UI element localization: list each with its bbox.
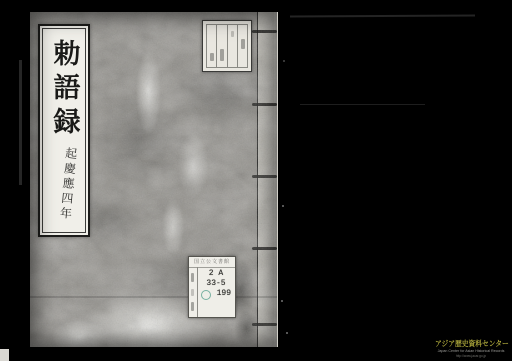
scratch-artifact [19,60,22,185]
faint-mark [191,302,194,311]
faint-mark [231,31,234,37]
call-number-rows: 2 A 33-5 199 [198,269,234,299]
dust-speck [282,205,284,207]
call-number-value: 199 [217,289,231,298]
scratch-artifact [300,104,425,105]
watermark-url-text: http://www.jacar.go.jp [453,354,489,358]
faint-mark [241,39,245,49]
bookplate-column [207,25,217,67]
faint-mark [191,289,194,296]
bookplate-column [228,25,238,67]
faint-mark [210,53,214,61]
faint-mark [191,273,194,282]
watermark-url-wrap: http://www.jacar.go.jp [431,354,511,358]
call-number-row: 2 A [198,269,234,279]
book-cover: 勅語録 起慶應四年 国立公文書館 [30,12,277,347]
title-annotation: 起慶應四年 [57,146,80,222]
dust-speck [286,332,288,334]
watermark: アジア歴史資料センター Japan Center for Asian Histo… [431,338,511,358]
bookplate-column [217,25,227,67]
bookplate-label [202,20,252,72]
book-title: 勅語録 [45,39,84,141]
faint-mark [220,49,224,61]
title-slip: 勅語録 起慶應四年 [38,24,90,237]
scan-edge-artifact [0,349,9,361]
watermark-en-text: Japan Center for Asian Historical Record… [433,349,510,353]
scan-background: 勅語録 起慶應四年 国立公文書館 [0,0,512,361]
watermark-jp-text: アジア歴史資料センター [435,338,507,349]
archive-stamp-icon [201,290,211,300]
bookplate-column [238,25,247,67]
call-number-label: 国立公文書館 2 A 33-5 199 [188,256,236,318]
bookplate-grid [206,24,248,68]
title-slip-inner-border: 勅語録 起慶應四年 [42,28,86,233]
call-label-side-column [189,267,198,317]
call-number-row: 33-5 [198,279,234,289]
dust-speck [281,300,283,302]
dust-speck [283,60,285,62]
call-number-row: 199 [198,289,234,299]
scratch-artifact [290,15,475,17]
